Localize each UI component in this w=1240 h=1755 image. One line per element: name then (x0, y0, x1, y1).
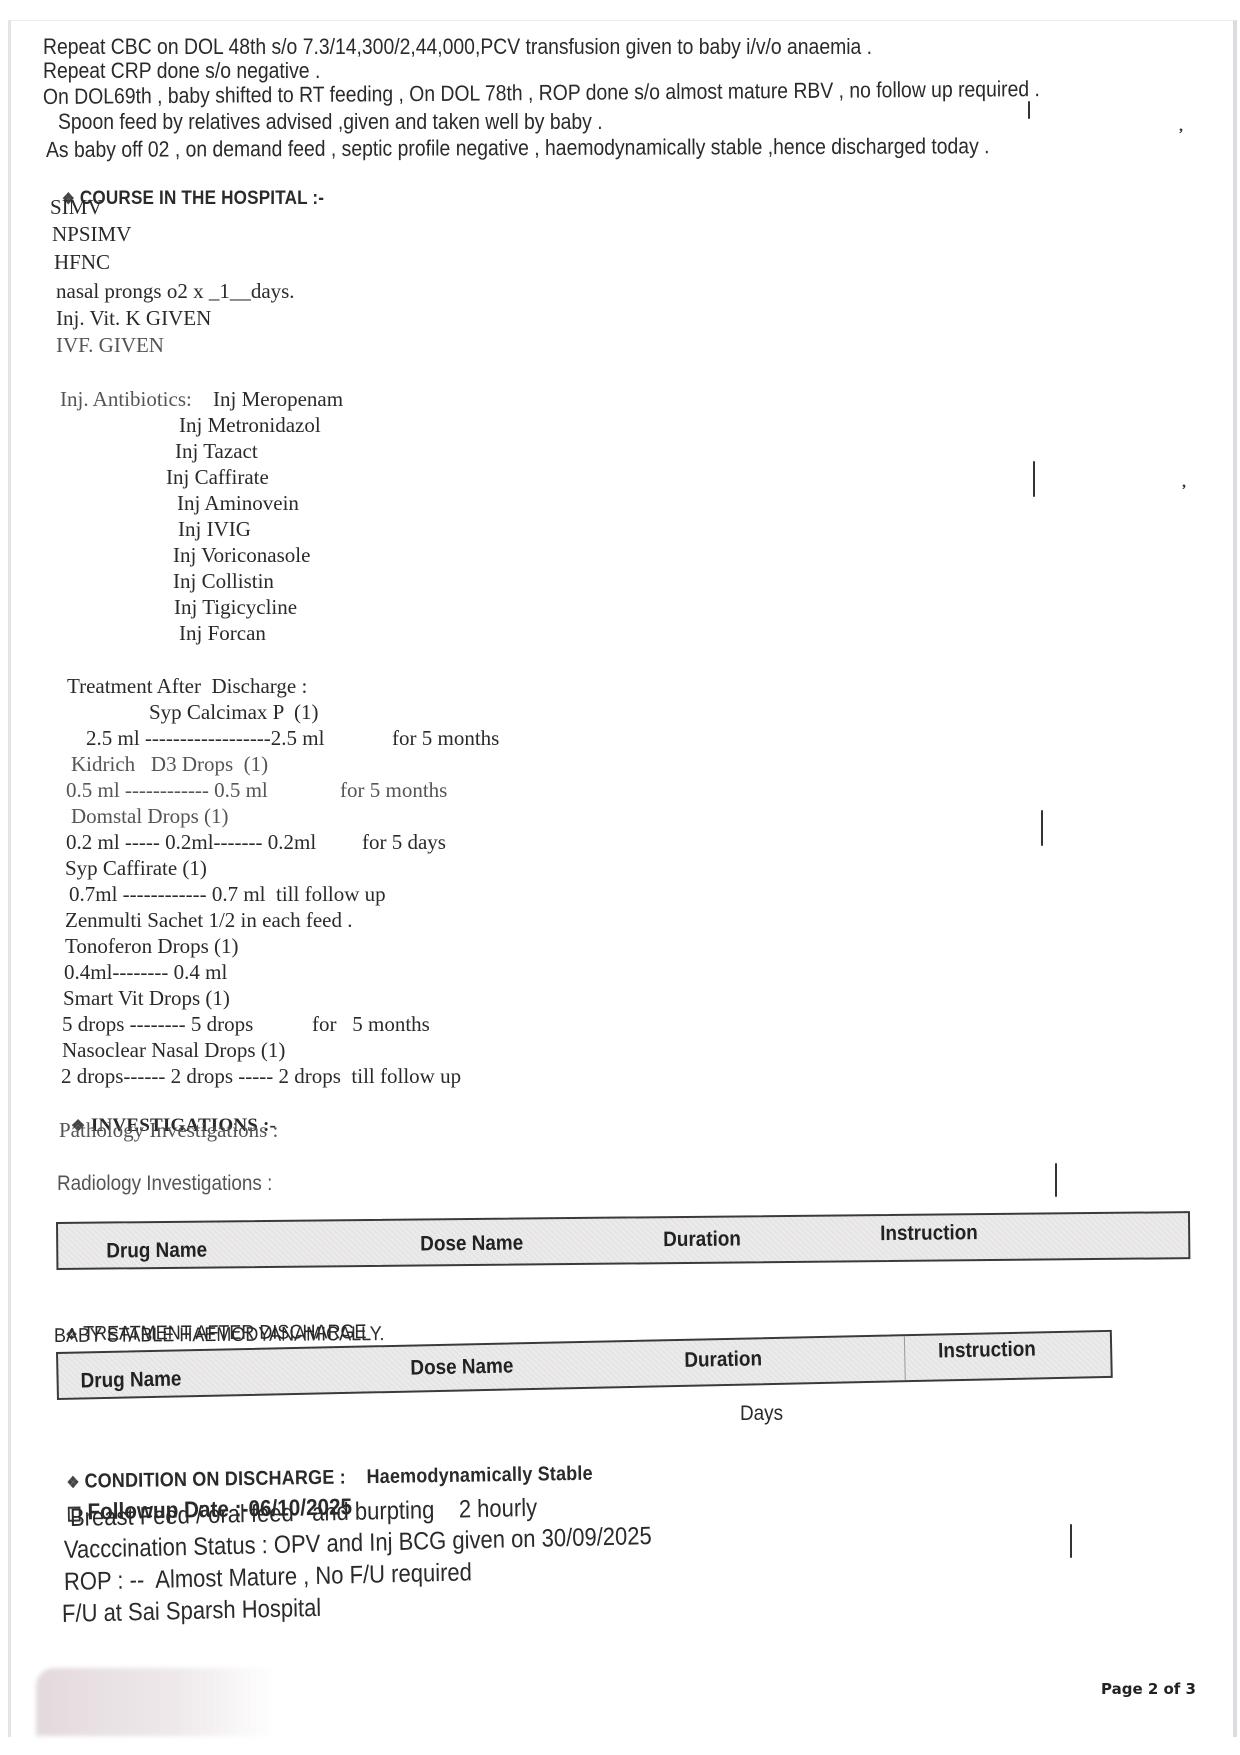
column-header-instruction: Instruction (938, 1337, 1036, 1363)
scan-mark (1055, 1163, 1057, 1197)
scan-mark (1041, 810, 1043, 846)
rx-drug: Syp Calcimax P (1) (149, 700, 319, 724)
page-number: Page 2 of 3 (1101, 1680, 1196, 1698)
antibiotic-item: Inj Caffirate (166, 465, 269, 489)
antibiotic-item: Inj Collistin (173, 569, 274, 593)
antibiotics-label: Inj. Antibiotics: (60, 387, 192, 411)
antibiotic-item: Inj Metronidazol (179, 413, 321, 437)
rx-duration: for 5 months (392, 726, 499, 750)
antibiotic-item: Inj Tazact (175, 439, 258, 463)
rx-dose: 0.7ml ------------ 0.7 ml till follow up (69, 882, 386, 906)
antibiotic-item: Inj Meropenam (213, 387, 343, 411)
column-header-drug-name: Drug Name (106, 1239, 207, 1264)
course-item-npsimv: NPSIMV (52, 222, 131, 246)
rx-duration: for 5 days (362, 830, 446, 854)
course-heading-text: COURSE IN THE HOSPITAL :- (80, 188, 324, 209)
column-header-dose-name: Dose Name (420, 1232, 523, 1257)
column-header-duration: Duration (684, 1347, 762, 1373)
condition-value: Haemodynamically Stable (366, 1463, 592, 1489)
column-header-duration: Duration (663, 1227, 741, 1252)
rx-duration: for 5 months (340, 778, 447, 802)
column-header-instruction: Instruction (880, 1221, 978, 1246)
rx-dose: 0.4ml-------- 0.4 ml (64, 960, 227, 984)
course-item-simv: SIMV (50, 195, 103, 219)
column-header-dose-name: Dose Name (410, 1354, 513, 1380)
rx-dose: 0.5 ml ------------ 0.5 ml (66, 778, 268, 802)
course-item-hfnc: HFNC (54, 250, 110, 274)
rx-dose: 5 drops -------- 5 drops (62, 1012, 253, 1036)
antibiotic-item: Inj Aminovein (177, 491, 299, 515)
rx-drug: Syp Caffirate (1) (65, 856, 207, 880)
duration-unit-days: Days (740, 1402, 783, 1426)
summary-line-crp: Repeat CRP done s/o negative . (43, 59, 320, 83)
baby-stable-note: BABY STABLE HAEMODYANAMICALLY. (54, 1322, 385, 1348)
course-item-nasal-prongs: nasal prongs o2 x _1__days. (56, 279, 295, 303)
antibiotic-item: Inj Voriconasole (173, 543, 310, 567)
rx-dose: 2 drops------ 2 drops ----- 2 drops till… (61, 1064, 461, 1088)
rx-duration: for 5 months (312, 1012, 430, 1036)
antibiotic-item: Inj IVIG (178, 517, 251, 541)
rx-drug: Domstal Drops (1) (71, 804, 228, 828)
summary-line-spoon-feed: Spoon feed by relatives advised ,given a… (58, 110, 603, 134)
column-divider (904, 1336, 906, 1380)
antibiotic-item: Inj Forcan (179, 621, 266, 645)
radiology-label: Radiology Investigations : (57, 1172, 272, 1196)
rx-drug: Nasoclear Nasal Drops (1) (62, 1038, 285, 1062)
treatment-notes-heading: Treatment After Discharge : (67, 674, 307, 698)
rx-dose: 0.2 ml ----- 0.2ml------- 0.2ml (66, 830, 316, 854)
course-item-ivf: IVF. GIVEN (56, 333, 164, 357)
pathology-label: Pathology Investigations : (59, 1118, 278, 1142)
summary-line-cbc: Repeat CBC on DOL 48th s/o 7.3/14,300/2,… (43, 35, 872, 59)
scan-thumb-shadow (36, 1668, 276, 1736)
course-item-vit-k: Inj. Vit. K GIVEN (56, 306, 211, 330)
scan-mark (1070, 1524, 1072, 1558)
rx-drug: Smart Vit Drops (1) (63, 986, 230, 1010)
rx-drug: Tonoferon Drops (1) (65, 934, 239, 958)
antibiotic-item: Inj Tigicycline (174, 595, 297, 619)
scan-mark (1033, 461, 1035, 497)
scan-mark (1028, 101, 1030, 119)
rx-drug: Kidrich D3 Drops (1) (71, 752, 268, 776)
scan-mark: , (1182, 474, 1186, 492)
rx-dose: 2.5 ml ------------------2.5 ml (86, 726, 324, 750)
summary-line-discharge: As baby off 02 , on demand feed , septic… (46, 134, 990, 162)
column-header-drug-name: Drug Name (80, 1367, 181, 1393)
rx-drug: Zenmulti Sachet 1/2 in each feed . (65, 908, 352, 932)
scan-mark: , (1179, 118, 1183, 136)
